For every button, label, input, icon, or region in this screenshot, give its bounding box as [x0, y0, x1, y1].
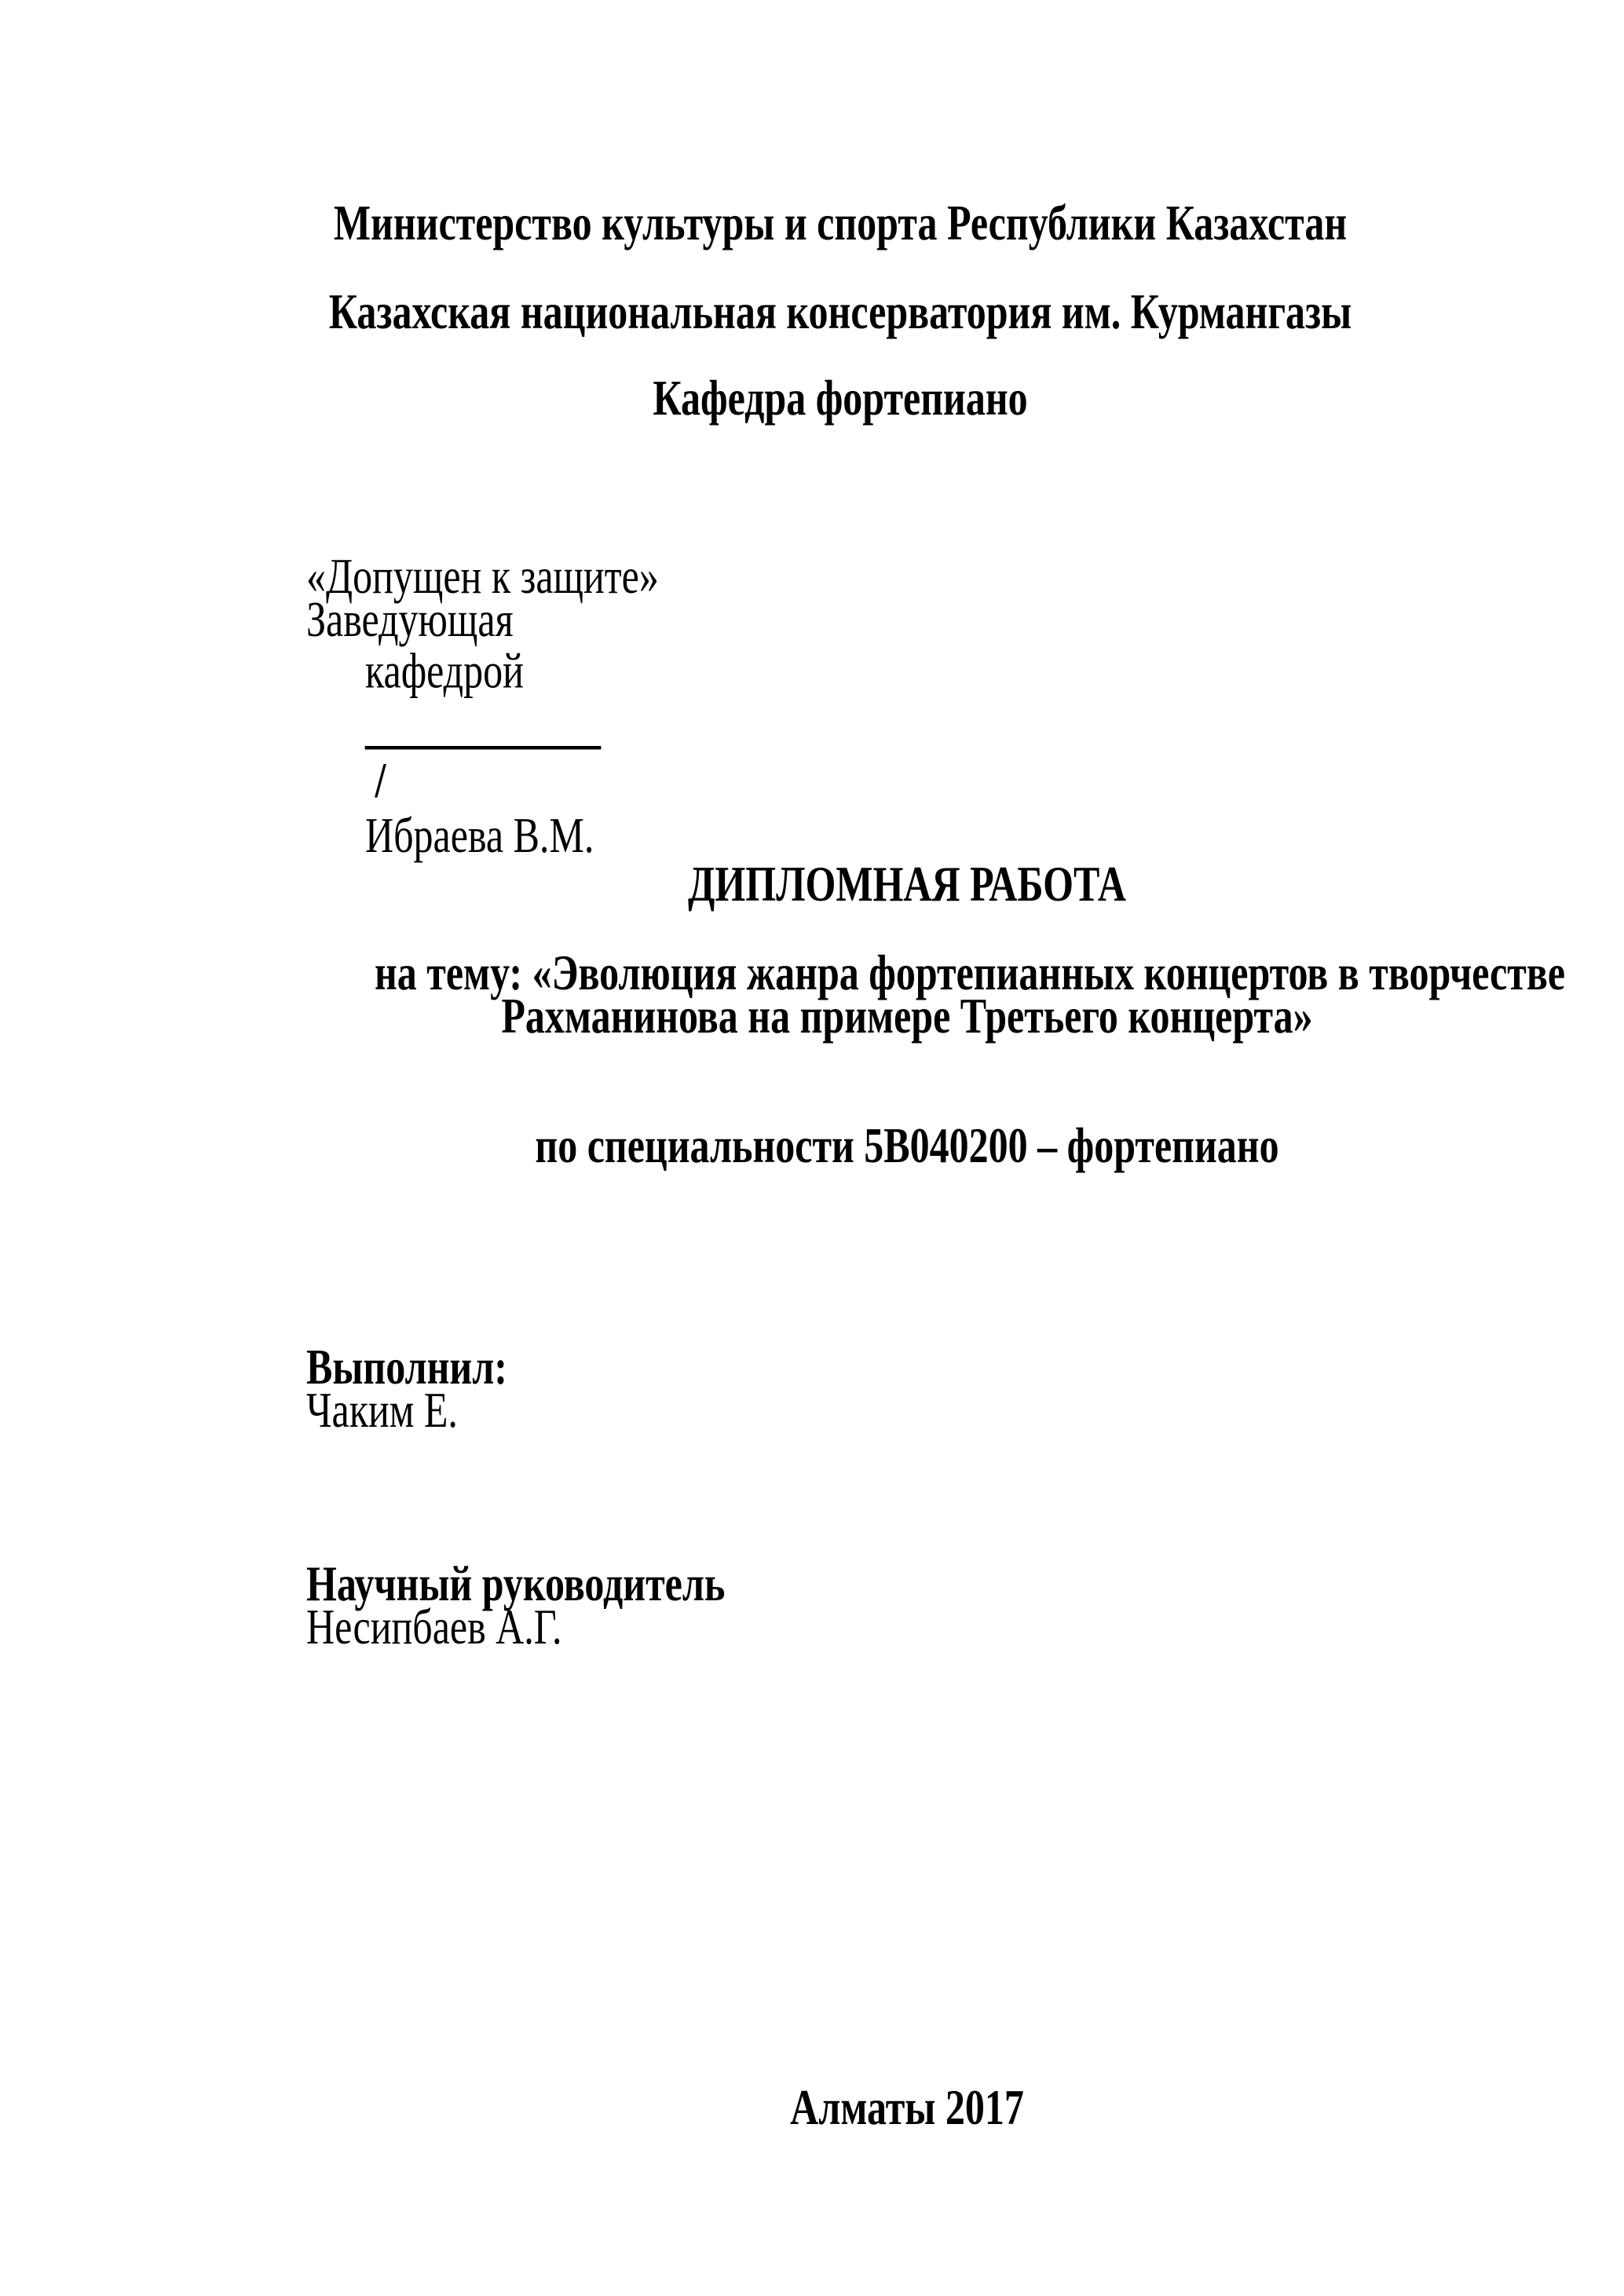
author-name: Чаким Е.	[267, 1349, 458, 1479]
thesis-title-page: Министерство культуры и спорта Республик…	[0, 0, 1624, 2296]
work-type-text: ДИПЛОМНАЯ РАБОТА	[688, 857, 1126, 912]
topic-line-2: Рахманинова на примере Третьего концерта…	[267, 955, 1508, 1084]
supervisor-name-text: Несипбаев А.Г.	[306, 1600, 562, 1654]
department-line: Кафедра фортепиано	[267, 337, 1374, 466]
kafedroy-label: кафедрой	[365, 642, 533, 698]
department-text: Кафедра фортепиано	[653, 371, 1027, 426]
signature-separator: /	[365, 752, 396, 808]
city-year-line: Алматы 2017	[267, 2046, 1508, 2176]
specialty-line: по специальности 5В040200 – фортепиано	[267, 1084, 1508, 1214]
supervisor-name: Несипбаев А.Г.	[267, 1566, 562, 1695]
topic-text-2: Рахманинова на примере Третьего концерта…	[501, 989, 1312, 1044]
signature-blank: ____________	[365, 697, 601, 753]
author-name-text: Чаким Е.	[306, 1383, 458, 1438]
ministry-text: Министерство культуры и спорта Республик…	[334, 196, 1347, 250]
specialty-text: по специальности 5В040200 – фортепиано	[535, 1118, 1278, 1173]
city-year-text: Алматы 2017	[790, 2080, 1024, 2135]
institution-text: Казахская национальная консерватория им.…	[329, 284, 1352, 339]
